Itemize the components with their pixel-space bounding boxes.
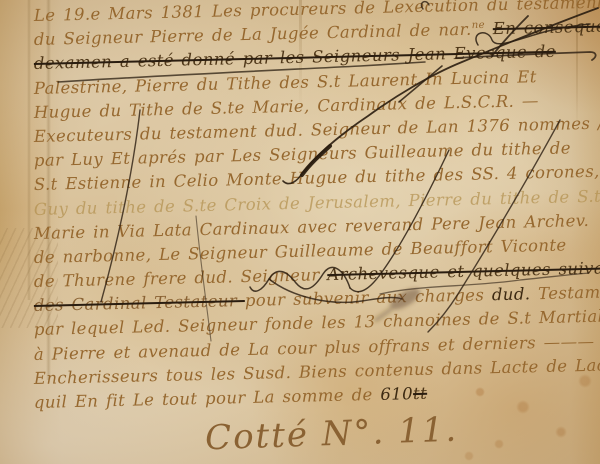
text-segment: 610: [380, 384, 413, 404]
cote-label: Cotté N°. 11.: [204, 410, 458, 459]
text-segment: En consequence: [493, 16, 600, 38]
text-segment: tt: [413, 384, 428, 403]
text-segment: pour subvenir aux charges: [245, 285, 492, 310]
text-segment: Testament: [530, 282, 600, 303]
text-segment: dud.: [492, 285, 531, 305]
text-block: Le 19.e Mars 1381 Les procureurs de Lexe…: [34, 6, 594, 417]
text-segment: ne: [472, 20, 486, 31]
manuscript-page: Le 19.e Mars 1381 Les procureurs de Lexe…: [0, 0, 600, 464]
text-segment: des Cardinal Testateur: [34, 291, 245, 315]
